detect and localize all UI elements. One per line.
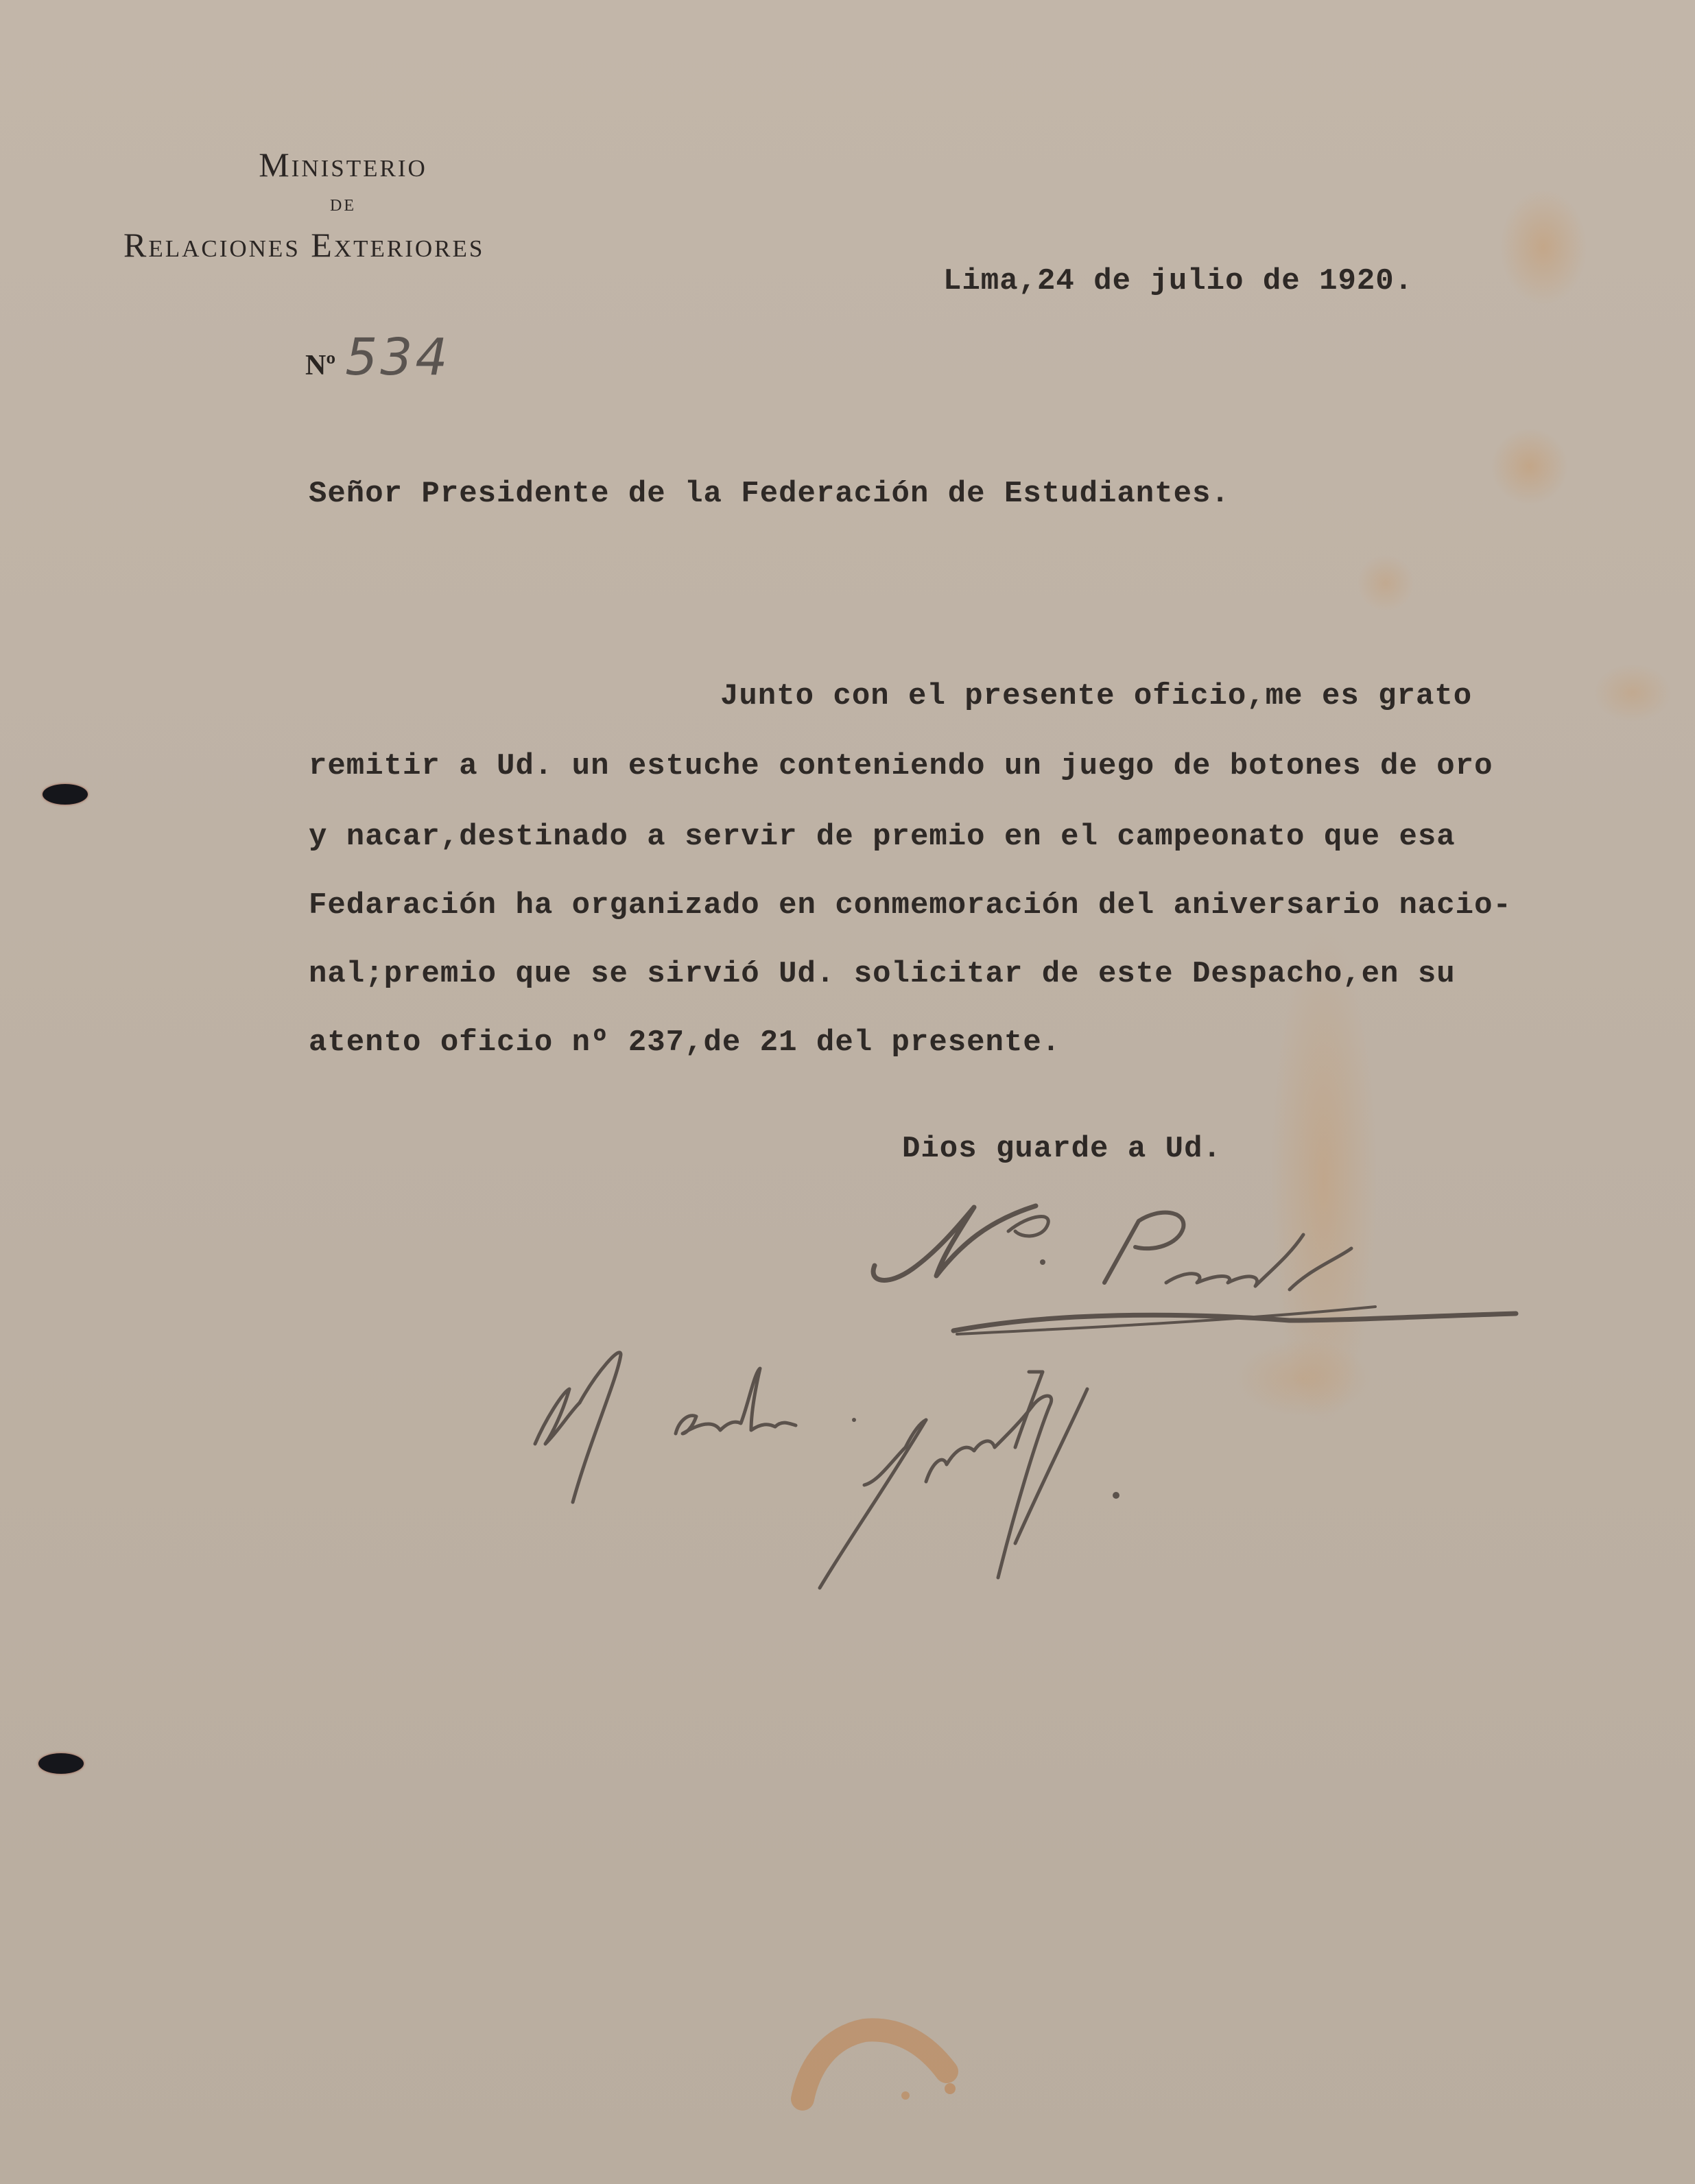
annotation-handwriting-icon — [0, 0, 1695, 2184]
punch-hole — [38, 1753, 84, 1774]
punch-hole — [43, 784, 88, 805]
stain-icon — [782, 2003, 988, 2120]
document-page: Ministerio de Relaciones Exteriores Nº 5… — [0, 0, 1695, 2184]
